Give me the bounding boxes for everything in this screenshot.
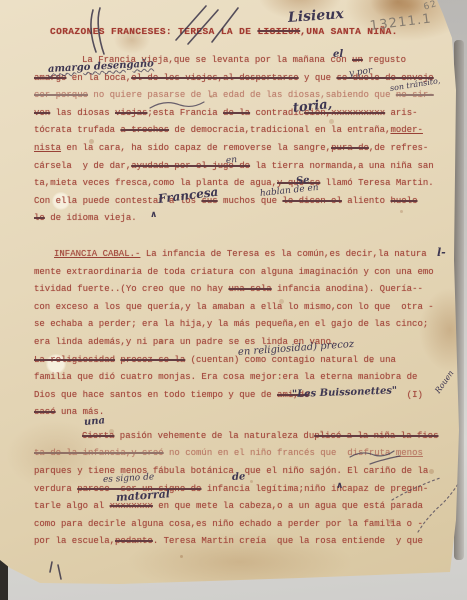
typed-segment: tarle algo al <box>34 501 110 511</box>
typed-line: Con ella puede contestar a los sus mucho… <box>34 193 454 211</box>
typed-segment: INFANCIA CABAL.- <box>54 249 140 259</box>
typed-segment: ,de refres- <box>369 143 428 153</box>
typed-line: con exceso a los que quería,y la amaban … <box>34 299 454 317</box>
typed-segment: pedante <box>115 536 153 546</box>
handwritten-annotation: una <box>84 415 106 428</box>
typed-line: ven las diosas viejas;esta Francia de la… <box>34 105 454 123</box>
typed-segment: plicó a la niña la fies <box>314 431 438 441</box>
typed-segment: sacó <box>34 407 56 417</box>
typed-segment: a trechos <box>120 125 169 135</box>
typed-segment: no quiere pasarse de la edad de las dios… <box>88 90 396 100</box>
handwritten-annotation: de <box>232 471 246 483</box>
typed-segment: menos <box>396 448 423 458</box>
typed-segment: mente extraordinaria de toda criatura co… <box>34 267 434 277</box>
typed-segment: por la escuela, <box>34 536 115 546</box>
typed-segment: de democracia,tradicional en la entraña, <box>169 125 390 135</box>
typed-segment: ta de la infancia,y creó <box>34 448 164 458</box>
typed-line: INFANCIA CABAL.- La infancia de Teresa e… <box>34 246 454 264</box>
typed-segment: nista <box>34 143 61 153</box>
typed-line: cársela y de dar,ayudada por el jugo de … <box>34 158 454 176</box>
typed-line: verdura parece ser un signo de infancia … <box>34 481 454 499</box>
typed-segment: las diosas <box>50 108 115 118</box>
typed-segment: huele <box>390 196 417 206</box>
typed-line: tividad fuerte..(Yo creo que no hay una … <box>34 281 454 299</box>
typed-segment: un <box>352 55 363 65</box>
typed-segment: . Teresa Martin creía que la rosa entien… <box>153 536 423 546</box>
typed-segment: en la cara, ha sido capaz de removerse l… <box>61 143 331 153</box>
typed-segment: no sir- <box>396 90 434 100</box>
document-title: CORAZONES FRANCESES: TERESA LA DE LISIEU… <box>50 26 398 37</box>
handwritten-annotation: el <box>333 49 343 60</box>
typed-segment: en la boca, <box>66 73 131 83</box>
typed-line: nista en la cara, ha sido capaz de remov… <box>34 140 454 158</box>
typed-segment: como para decirle alguna cosa,es niño ec… <box>34 519 423 529</box>
typed-line: como para decirle alguna cosa,es niño ec… <box>34 516 454 534</box>
handwritten-annotation: l- <box>437 246 446 259</box>
handwritten-annotation: Lisieux <box>287 6 344 26</box>
typed-line: Cierta pasión vehemente de la naturaleza… <box>34 428 454 446</box>
typed-segment: La religiosidad <box>34 355 115 365</box>
typed-segment: Cierta <box>82 431 114 441</box>
typed-segment: cársela y de dar, <box>34 161 131 171</box>
typed-segment: ta,mieta veces fresca,como la planta de … <box>34 178 277 188</box>
typed-segment: ven <box>34 108 50 118</box>
typed-segment: Dios que hace santos en todo tiempo y qu… <box>34 390 277 400</box>
typed-segment: LISIEUX <box>257 26 300 37</box>
handwritten-annotation: en <box>226 155 238 166</box>
typed-segment: tócrata trufada <box>34 125 120 135</box>
typed-segment: infancia anodina). Quería-- <box>272 284 423 294</box>
typed-segment: ;esta Francia <box>147 108 223 118</box>
typed-segment: de idioma vieja. <box>45 213 137 223</box>
typed-line: mente extraordinaria de toda criatura co… <box>34 264 454 282</box>
typed-line: familia que dió cuatro monjas. Era cosa … <box>34 369 454 387</box>
typed-segment: llamó Teresa Martin. <box>320 178 433 188</box>
ink-tick <box>50 562 61 579</box>
typed-line: se echaba a perder; era la hija,y la más… <box>34 316 454 334</box>
typed-segment: viejas <box>115 108 147 118</box>
typed-segment: aris- <box>385 108 417 118</box>
typed-line: tarle algo al xxxxxxxx en que mete la ca… <box>34 498 454 516</box>
typed-segment: tividad fuerte..(Yo creo que no hay <box>34 284 228 294</box>
typed-segment: una sola <box>228 284 271 294</box>
typed-segment: con exceso a los que quería,y la amaban … <box>34 302 434 312</box>
typed-segment: familia que dió cuatro monjas. Era cosa … <box>34 372 417 382</box>
handwritten-annotation: 13211.1 <box>369 11 433 33</box>
typed-segment: la tierra normanda,a una niña san <box>250 161 434 171</box>
typed-segment: xxxxxxxxxx <box>331 108 385 118</box>
typed-segment: CORAZONES FRANCESES: TERESA LA DE <box>50 26 257 37</box>
handwritten-annotation: ∧ <box>150 210 157 220</box>
typed-segment: le dicen el <box>282 196 341 206</box>
typed-segment: verdura <box>34 484 77 494</box>
typed-line: ta de la infancia,y creó no común en el … <box>34 445 454 463</box>
scanned-manuscript-page: CORAZONES FRANCESES: TERESA LA DE LISIEU… <box>0 0 467 600</box>
typed-line: por la escuela,pedante. Teresa Martin cr… <box>34 533 454 551</box>
typed-segment: en que mete la cabeza,o a un agua que es… <box>153 501 423 511</box>
typed-segment: regusto <box>363 55 406 65</box>
typed-segment: cer porque <box>34 90 88 100</box>
typed-segment: no común en el niño francés que disfruta <box>164 448 396 458</box>
typed-segment: de la <box>223 108 250 118</box>
typed-line: ta,mieta veces fresca,como la planta de … <box>34 175 454 193</box>
typed-segment: aliento <box>342 196 391 206</box>
handwritten-annotation: ∧ <box>336 481 343 491</box>
paper-stains <box>0 0 3 3</box>
typed-line: tócrata trufada a trechos de democracia,… <box>34 122 454 140</box>
typed-segment: pasión vehemente de la naturaleza du <box>114 431 314 441</box>
typed-segment: le <box>34 213 45 223</box>
typed-segment: infancia legítima;niño incapaz de pregun… <box>201 484 428 494</box>
typed-segment: se echaba a perder; era la hija,y la más… <box>34 319 428 329</box>
manuscript-paper: CORAZONES FRANCESES: TERESA LA DE LISIEU… <box>0 0 467 590</box>
typed-segment: pura de <box>331 143 369 153</box>
typed-segment: La infancia de Teresa es la común,es dec… <box>140 249 426 259</box>
typed-line: le de idioma vieja. <box>34 210 454 228</box>
typed-segment: el de los viejos,al despertarse <box>131 73 298 83</box>
typed-segment: (cuentan) como contagio natural de una <box>185 355 396 365</box>
typed-segment: precoz se la <box>120 355 185 365</box>
typed-segment: moder- <box>390 125 422 135</box>
typed-segment: y que <box>299 73 337 83</box>
